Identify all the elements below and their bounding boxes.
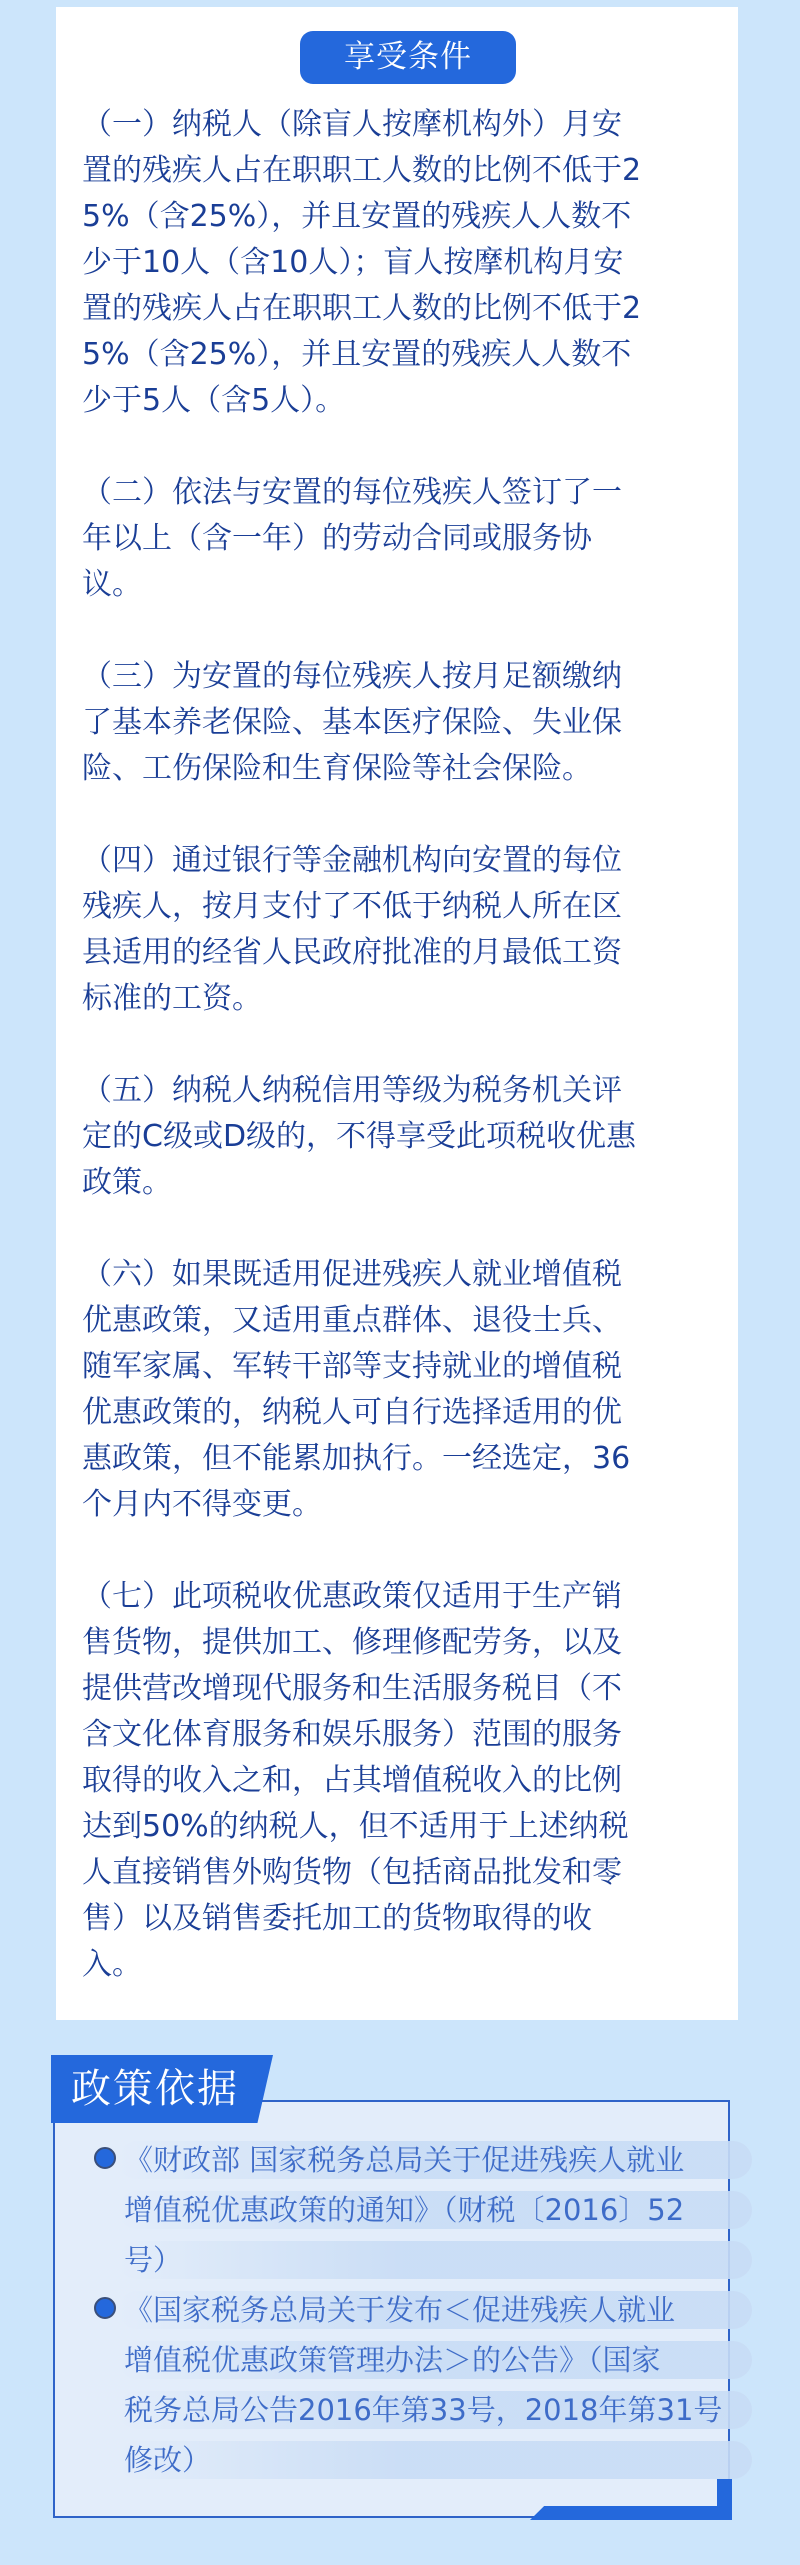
reference-line: 增值税优惠政策的通知》（财税〔2016〕52 — [124, 2185, 714, 2235]
conditions-list: （一）纳税人（除盲人按摩机构外）月安 置的残疾人占在职职工人数的比例不低于2 5… — [82, 102, 722, 2034]
condition-line: 随军家属、军转干部等支持就业的增值税 — [82, 1344, 722, 1390]
condition-line: 售货物，提供加工、修理修配劳务，以及 — [82, 1620, 722, 1666]
condition-line: 年以上（含一年）的劳动合同或服务协 — [82, 516, 722, 562]
conditions-card: 享受条件 （一）纳税人（除盲人按摩机构外）月安 置的残疾人占在职职工人数的比例不… — [56, 7, 738, 2020]
reference-line: 《财政部 国家税务总局关于促进残疾人就业 — [124, 2135, 714, 2185]
condition-line: 优惠政策的，纳税人可自行选择适用的优 — [82, 1390, 722, 1436]
reference-line: 修改） — [124, 2435, 714, 2485]
condition-line: （五）纳税人纳税信用等级为税务机关评 — [82, 1068, 722, 1114]
condition-line: 置的残疾人占在职职工人数的比例不低于2 — [82, 148, 722, 194]
condition-line: 定的C级或D级的，不得享受此项税收优惠 — [82, 1114, 722, 1160]
condition-line: 取得的收入之和，占其增值税收入的比例 — [82, 1758, 722, 1804]
condition-line: 残疾人，按月支付了不低于纳税人所在区 — [82, 884, 722, 930]
corner-accent-bottom — [530, 2506, 732, 2520]
condition-line: 售）以及销售委托加工的货物取得的收 — [82, 1896, 722, 1942]
reference-line-text: 号） — [124, 2243, 182, 2277]
condition-line: 人直接销售外购货物（包括商品批发和零 — [82, 1850, 722, 1896]
condition-line: （二）依法与安置的每位残疾人签订了一 — [82, 470, 722, 516]
reference-line-text: 《财政部 国家税务总局关于促进残疾人就业 — [124, 2143, 684, 2177]
reference-line-text: 《国家税务总局关于发布＜促进残疾人就业 — [124, 2293, 675, 2327]
bullet-dot-icon — [94, 2147, 116, 2169]
condition-line: 达到50%的纳税人，但不适用于上述纳税 — [82, 1804, 722, 1850]
condition-line: （三）为安置的每位残疾人按月足额缴纳 — [82, 654, 722, 700]
reference-line: 号） — [124, 2235, 714, 2285]
condition-line: 少于10人（含10人）；盲人按摩机构月安 — [82, 240, 722, 286]
reference-line-text: 修改） — [124, 2443, 211, 2477]
reference-line: 增值税优惠政策管理办法＞的公告》（国家 — [124, 2335, 714, 2385]
condition-line: 置的残疾人占在职职工人数的比例不低于2 — [82, 286, 722, 332]
condition-line: 险、工伤保险和生育保险等社会保险。 — [82, 746, 722, 792]
condition-line: （一）纳税人（除盲人按摩机构外）月安 — [82, 102, 722, 148]
policy-reference-list: 《财政部 国家税务总局关于促进残疾人就业 增值税优惠政策的通知》（财税〔2016… — [94, 2135, 714, 2485]
condition-line: 5%（含25%），并且安置的残疾人人数不 — [82, 332, 722, 378]
bullet-dot-icon — [94, 2297, 116, 2319]
condition-line: 入。 — [82, 1942, 722, 1988]
condition-line: 县适用的经省人民政府批准的月最低工资 — [82, 930, 722, 976]
condition-item-2: （二）依法与安置的每位残疾人签订了一 年以上（含一年）的劳动合同或服务协 议。 — [82, 470, 722, 608]
condition-line: 个月内不得变更。 — [82, 1482, 722, 1528]
condition-line: 议。 — [82, 562, 722, 608]
reference-line-text: 增值税优惠政策管理办法＞的公告》（国家 — [124, 2343, 661, 2377]
condition-line: （四）通过银行等金融机构向安置的每位 — [82, 838, 722, 884]
condition-item-7: （七）此项税收优惠政策仅适用于生产销 售货物，提供加工、修理修配劳务，以及 提供… — [82, 1574, 722, 1988]
condition-line: 惠政策，但不能累加执行。一经选定，36 — [82, 1436, 722, 1482]
conditions-badge: 享受条件 — [300, 31, 516, 84]
condition-line: 提供营改增现代服务和生活服务税目（不 — [82, 1666, 722, 1712]
reference-line: 《国家税务总局关于发布＜促进残疾人就业 — [124, 2285, 714, 2335]
condition-line: 5%（含25%），并且安置的残疾人人数不 — [82, 194, 722, 240]
reference-line-text: 增值税优惠政策的通知》（财税〔2016〕52 — [124, 2193, 684, 2227]
condition-line: （六）如果既适用促进残疾人就业增值税 — [82, 1252, 722, 1298]
policy-reference-1: 《财政部 国家税务总局关于促进残疾人就业 增值税优惠政策的通知》（财税〔2016… — [94, 2135, 714, 2285]
corner-accent-right — [717, 2479, 732, 2520]
reference-line: 税务总局公告2016年第33号，2018年第31号 — [124, 2385, 714, 2435]
condition-item-4: （四）通过银行等金融机构向安置的每位 残疾人，按月支付了不低于纳税人所在区 县适… — [82, 838, 722, 1022]
condition-line: 优惠政策，又适用重点群体、退役士兵、 — [82, 1298, 722, 1344]
condition-item-6: （六）如果既适用促进残疾人就业增值税 优惠政策，又适用重点群体、退役士兵、 随军… — [82, 1252, 722, 1528]
condition-line: 标准的工资。 — [82, 976, 722, 1022]
condition-line: 含文化体育服务和娱乐服务）范围的服务 — [82, 1712, 722, 1758]
reference-line-text: 税务总局公告2016年第33号，2018年第31号 — [124, 2393, 722, 2427]
condition-line: 了基本养老保险、基本医疗保险、失业保 — [82, 700, 722, 746]
condition-item-1: （一）纳税人（除盲人按摩机构外）月安 置的残疾人占在职职工人数的比例不低于2 5… — [82, 102, 722, 424]
policy-reference-2: 《国家税务总局关于发布＜促进残疾人就业 增值税优惠政策管理办法＞的公告》（国家 … — [94, 2285, 714, 2485]
condition-item-3: （三）为安置的每位残疾人按月足额缴纳 了基本养老保险、基本医疗保险、失业保 险、… — [82, 654, 722, 792]
condition-line: 政策。 — [82, 1160, 722, 1206]
policy-basis-title: 政策依据 — [51, 2055, 273, 2123]
condition-item-5: （五）纳税人纳税信用等级为税务机关评 定的C级或D级的，不得享受此项税收优惠 政… — [82, 1068, 722, 1206]
condition-line: （七）此项税收优惠政策仅适用于生产销 — [82, 1574, 722, 1620]
condition-line: 少于5人（含5人）。 — [82, 378, 722, 424]
